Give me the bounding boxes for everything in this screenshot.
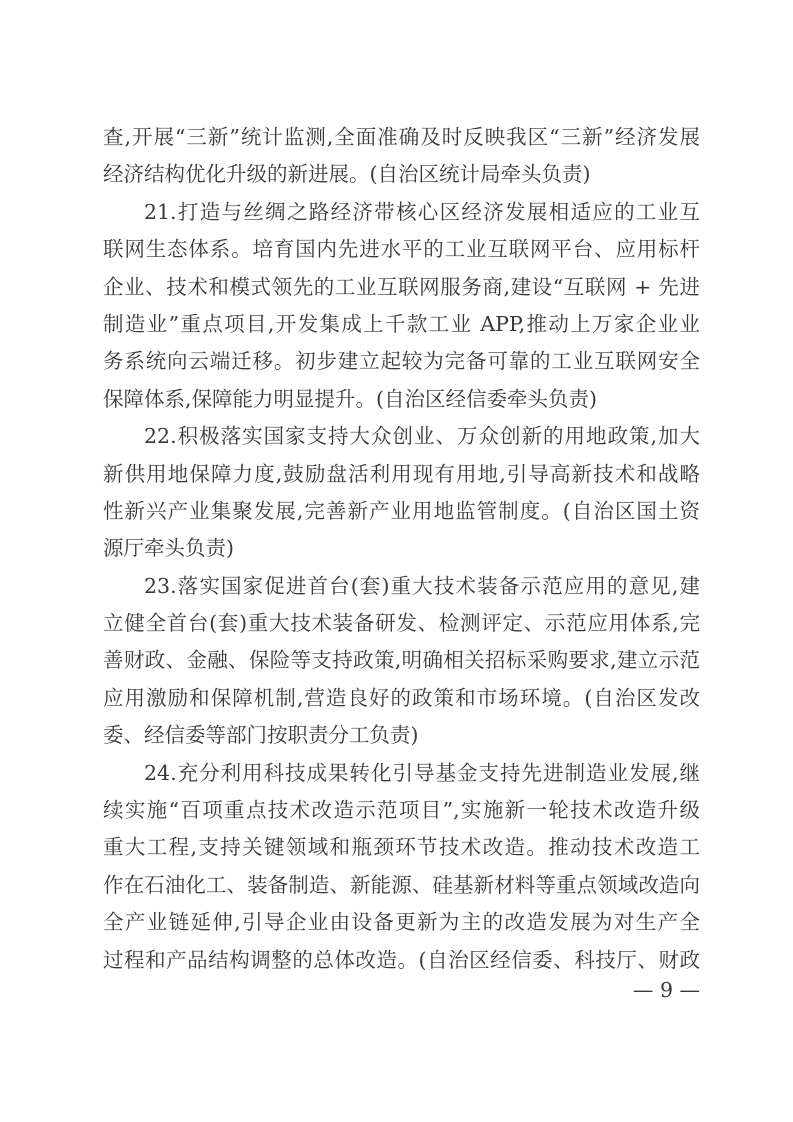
text-line: 新供用地保障力度,鼓励盘活利用现有用地,引导高新技术和战略: [103, 456, 700, 493]
text-line: 经济结构优化升级的新进展。(自治区统计局牵头负责): [103, 156, 700, 193]
text-line: 保障体系,保障能力明显提升。(自治区经信委牵头负责): [103, 381, 700, 418]
text-line: 全产业链延伸,引导企业由设备更新为主的改造发展为对生产全: [103, 904, 700, 941]
text-line: 性新兴产业集聚发展,完善新产业用地监管制度。(自治区国土资: [103, 493, 700, 530]
page-number: — 9 —: [103, 972, 700, 1009]
text-line: 应用激励和保障机制,营造良好的政策和市场环境。(自治区发改: [103, 680, 700, 717]
text-line: 立健全首台(套)重大技术装备研发、检测评定、示范应用体系,完: [103, 605, 700, 642]
text-line: 联网生态体系。培育国内先进水平的工业互联网平台、应用标杆: [103, 231, 700, 268]
text-line: 企业、技术和模式领先的工业互联网服务商,建设“互联网 + 先进: [103, 269, 700, 306]
text-line: 务系统向云端迁移。初步建立起较为完备可靠的工业互联网安全: [103, 343, 700, 380]
text-line: 续实施“百项重点技术改造示范项目”,实施新一轮技术改造升级: [103, 792, 700, 829]
text-line: 21.打造与丝绸之路经济带核心区经济发展相适应的工业互: [103, 194, 700, 231]
text-line: 委、经信委等部门按职责分工负责): [103, 717, 700, 754]
text-line: 查,开展“三新”统计监测,全面准确及时反映我区“三新”经济发展: [103, 119, 700, 156]
document-page: 查,开展“三新”统计监测,全面准确及时反映我区“三新”经济发展经济结构优化升级的…: [0, 0, 793, 1122]
text-line: 善财政、金融、保险等支持政策,明确相关招标采购要求,建立示范: [103, 642, 700, 679]
text-line: 22.积极落实国家支持大众创业、万众创新的用地政策,加大: [103, 418, 700, 455]
text-line: 23.落实国家促进首台(套)重大技术装备示范应用的意见,建: [103, 568, 700, 605]
text-line: 重大工程,支持关键领域和瓶颈环节技术改造。推动技术改造工: [103, 829, 700, 866]
document-body: 查,开展“三新”统计监测,全面准确及时反映我区“三新”经济发展经济结构优化升级的…: [103, 119, 700, 979]
text-line: 24.充分利用科技成果转化引导基金支持先进制造业发展,继: [103, 755, 700, 792]
text-line: 作在石油化工、装备制造、新能源、硅基新材料等重点领域改造向: [103, 867, 700, 904]
text-line: 源厅牵头负责): [103, 530, 700, 567]
text-line: 制造业”重点项目,开发集成上千款工业 APP,推动上万家企业业: [103, 306, 700, 343]
